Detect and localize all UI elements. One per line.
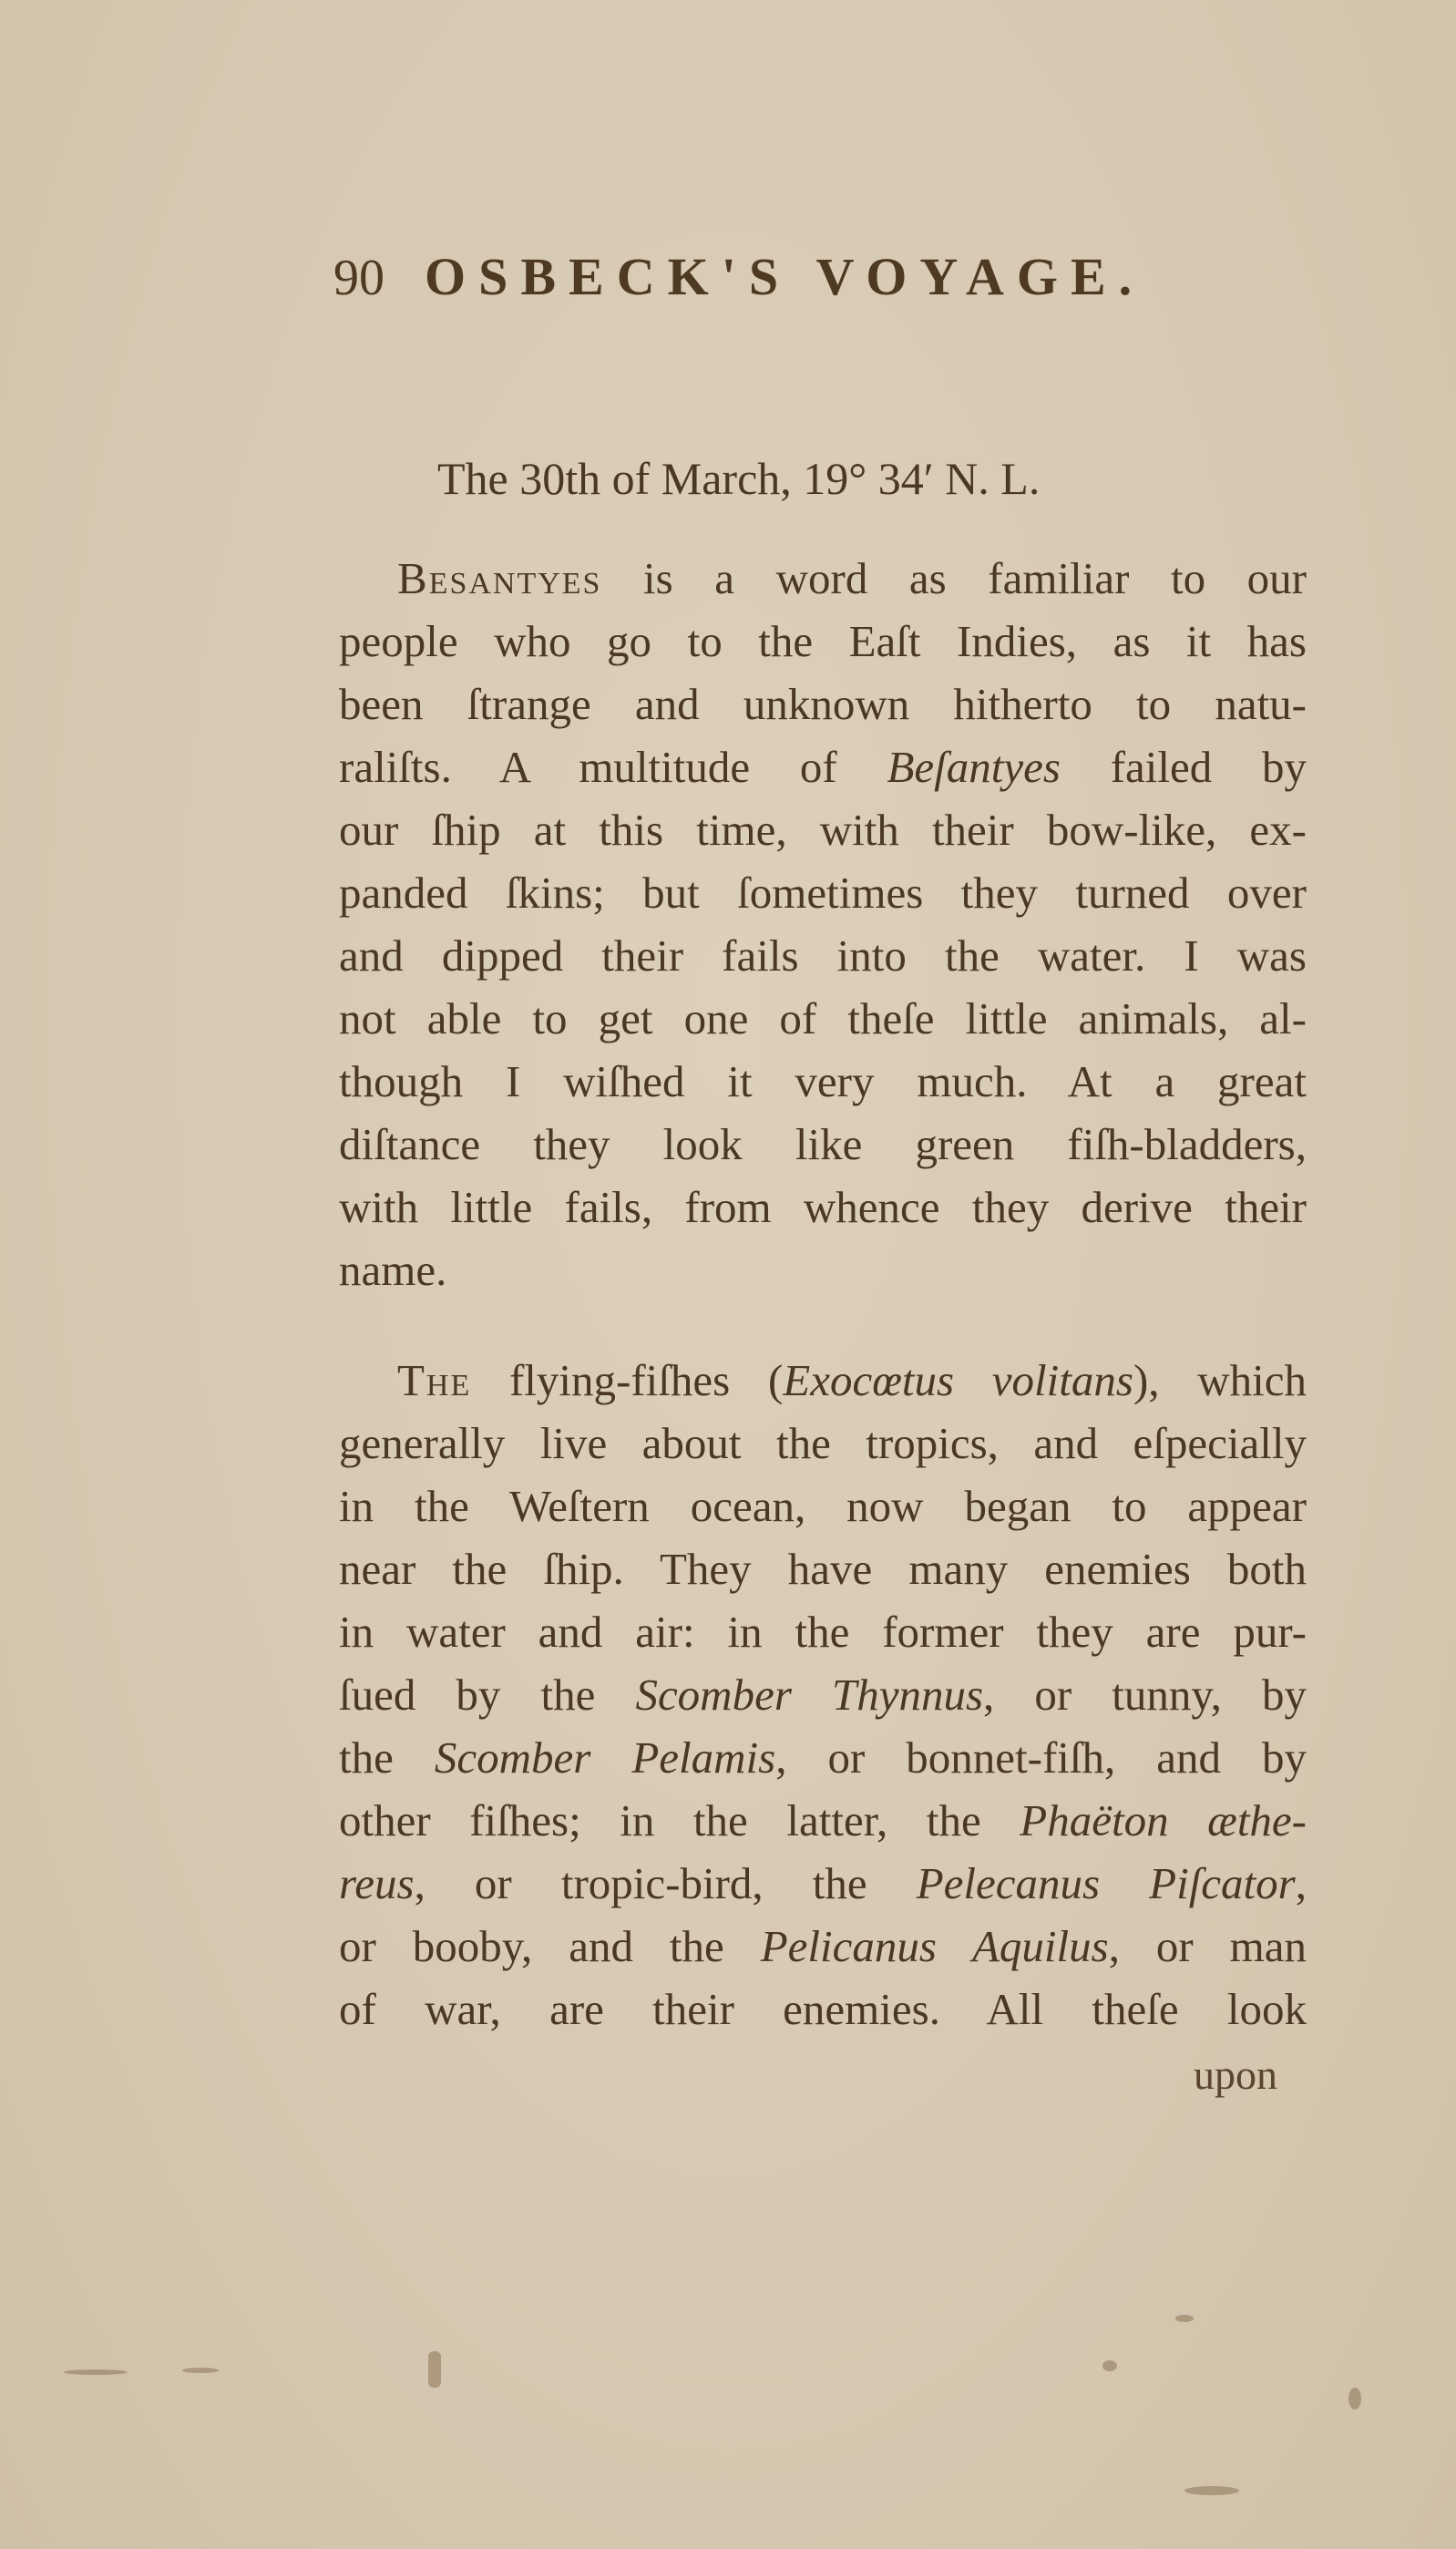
paper-stain	[1175, 2315, 1194, 2322]
dateline-heading: The 30th of March, 19° 34′ N. L.	[437, 452, 1257, 505]
paper-stain	[182, 2368, 219, 2373]
paper-stain	[64, 2369, 128, 2375]
text-line: not able to get one of theſe little anim…	[339, 987, 1307, 1050]
text-line: of war, are their enemies. All theſe loo…	[339, 1978, 1307, 2040]
text-line: raliſts. A multitude of Beſantyes failed…	[339, 735, 1307, 798]
running-title: OSBECK'S VOYAGE.	[425, 247, 1144, 306]
text-line: in water and air: in the former they are…	[339, 1600, 1307, 1663]
text-line: generally live about the tropics, and eſ…	[339, 1412, 1307, 1475]
text-line: diſtance they look like green fiſh-bladd…	[339, 1113, 1307, 1176]
text-line: or booby, and the Pelicanus Aquilus, or …	[339, 1915, 1307, 1978]
text-line: with little fails, from whence they deri…	[339, 1176, 1307, 1239]
text-line: reus, or tropic-bird, the Pelecanus Piſc…	[339, 1852, 1307, 1915]
catchword: upon	[1194, 2051, 1277, 2099]
text-line: our ſhip at this time, with their bow-li…	[339, 798, 1307, 861]
paper-stain	[428, 2351, 441, 2388]
text-line: and dipped their fails into the water. I…	[339, 924, 1307, 987]
paragraph-flying-fishes: The flying-fiſhes (Exocœtus volitans), w…	[339, 1349, 1307, 2040]
text-line: been ſtrange and unknown hitherto to nat…	[339, 673, 1307, 735]
text-line: the Scomber Pelamis, or bonnet-fiſh, and…	[339, 1726, 1307, 1789]
page-number: 90	[333, 250, 385, 306]
book-page: 90OSBECK'S VOYAGE. The 30th of March, 19…	[0, 0, 1456, 2549]
paragraph-besantyes: Besantyes is a word as familiar to our p…	[339, 547, 1307, 1301]
text-line: The flying-fiſhes (Exocœtus volitans), w…	[339, 1349, 1307, 1412]
text-line: people who go to the Eaſt Indies, as it …	[339, 610, 1307, 673]
text-line: ſued by the Scomber Thynnus, or tunny, b…	[339, 1663, 1307, 1726]
running-head: 90OSBECK'S VOYAGE.	[333, 246, 1245, 307]
text-line: in the Weſtern ocean, now began to appea…	[339, 1475, 1307, 1537]
paper-stain	[1102, 2360, 1117, 2371]
text-line: panded ſkins; but ſometimes they turned …	[339, 861, 1307, 924]
paper-stain	[1184, 2486, 1239, 2495]
paper-stain	[1348, 2388, 1361, 2410]
text-line: other fiſhes; in the latter, the Phaëton…	[339, 1789, 1307, 1852]
text-line: name.	[339, 1239, 1307, 1301]
text-line: though I wiſhed it very much. At a great	[339, 1050, 1307, 1113]
text-line: near the ſhip. They have many enemies bo…	[339, 1537, 1307, 1600]
text-line: Besantyes is a word as familiar to our	[339, 547, 1307, 610]
